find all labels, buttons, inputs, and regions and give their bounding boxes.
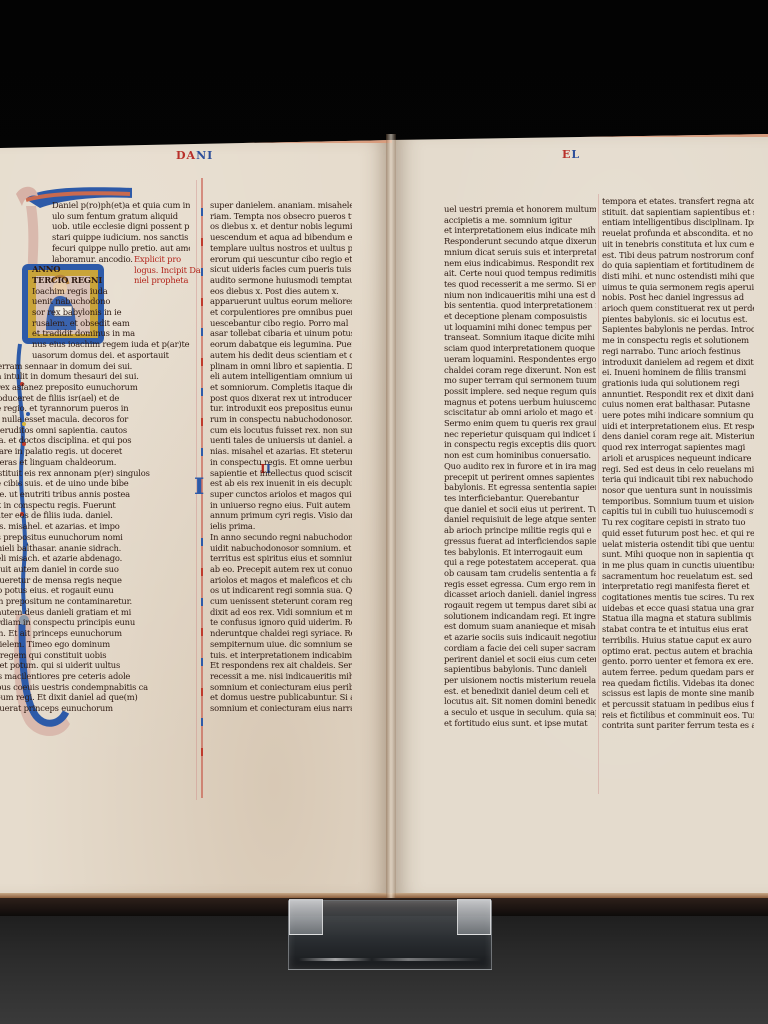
text-line: scentibus coeuis uestris condempnabitis … bbox=[0, 682, 190, 693]
text-line: uenit nabuchodono bbox=[0, 296, 190, 307]
text-line: magnus et potens uerbum huiuscemodi bbox=[444, 397, 596, 408]
text-line: bis sententia. quod interpretationem fal… bbox=[444, 300, 596, 311]
text-line: sempiternum uiue. dic somnium seruis bbox=[210, 639, 352, 650]
text-line: nus eius ioachim regem iuda et p(ar)te bbox=[0, 339, 190, 350]
text-line: chaldei coram rege dixerunt. Non est ho bbox=[444, 365, 596, 376]
text-line: tempora et etates. transfert regna atque… bbox=[602, 196, 754, 207]
acrylic-book-stand bbox=[288, 900, 492, 970]
text-line: constituerat princeps eunuchorum bbox=[0, 703, 190, 714]
text-line: asar tollebat cibaria et uinum potus bbox=[210, 328, 352, 339]
text-line: gento. porro uenter et femora ex ere. ti… bbox=[602, 656, 754, 667]
text-line: teria qui indicauit tibi rex nabuchodo bbox=[602, 474, 754, 485]
text-line: fecuri quippe nullo pretio. aut amore bbox=[0, 243, 190, 254]
text-line: in uniuerso regno eius. Fuit autem danie… bbox=[210, 500, 352, 511]
text-line: territus est spiritus eius et somnium ei… bbox=[210, 553, 352, 564]
text-line: et uasa intulit in domum thesauri dei su… bbox=[0, 371, 190, 382]
text-line: Responderunt secundo atque dixerunt. Rex… bbox=[444, 236, 596, 247]
text-line: tur. introduxit eos prepositus eunucho bbox=[210, 403, 352, 414]
text-line: nobis. Post hec daniel ingressus ad bbox=[602, 292, 754, 303]
text-line: tes interficiebantur. Querebantur bbox=[444, 493, 596, 504]
text-line: nias. misahel et azarias. Et steterunt bbox=[210, 446, 352, 457]
text-line: reuelat profunda et abscondita. et no bbox=[602, 228, 754, 239]
text-line: cum eis locutus fuisset rex. non sunt in bbox=[210, 425, 352, 436]
text-line: nium non indicaueritis mihi una est de u… bbox=[444, 290, 596, 301]
text-line: super danielem. ananiam. misahelem et az… bbox=[210, 200, 352, 211]
text-line: os diebus x. et dentur nobis legumina ad bbox=[210, 221, 352, 232]
text-line: uidebas et ecce quasi statua una grandis… bbox=[602, 603, 754, 614]
text-line: entiam intelligentibus disciplinam. Ipse bbox=[602, 217, 754, 228]
text-line: uenti tales de uniuersis ut daniel. ana bbox=[210, 435, 352, 446]
text-line: quid esset futurum post hec. et qui re bbox=[602, 528, 754, 539]
text-line: qui a rege potestatem acceperat. quam bbox=[444, 557, 596, 568]
text-line: suit eis prepositus eunuchorum nomi bbox=[0, 532, 190, 543]
text-line: scientia. et doctos disciplina. et qui p… bbox=[0, 435, 190, 446]
text-line: super cunctos ariolos et magos qui erant bbox=[210, 489, 352, 500]
text-line: chorum prepositum ne contaminaretur. bbox=[0, 596, 190, 607]
text-line: uescendum et aqua ad bibendum et con bbox=[210, 232, 352, 243]
text-line: do quia sapientiam et fortitudinem de bbox=[602, 260, 754, 271]
text-line: ut introduceret de filiis isr(ael) et de bbox=[0, 393, 190, 404]
text-line: cogitationes mentis tue scires. Tu rex bbox=[602, 592, 754, 603]
text-line: que daniel et socii eius ut perirent. Tu… bbox=[444, 504, 596, 515]
text-line: pientes babylonis. sic ei locutus est. bbox=[602, 314, 754, 325]
text-line: cum uenissent steterunt coram rege. Et bbox=[210, 596, 352, 607]
text-line: sor rex babylonis in ie bbox=[0, 307, 190, 318]
left-column-2: super danielem. ananiam. misahelem et az… bbox=[210, 200, 352, 714]
text-line: uidit nabuchodonosor somnium. et con bbox=[210, 543, 352, 554]
text-line: Quo audito rex in furore et in ira magna bbox=[444, 461, 596, 472]
text-line: put meum regi. Et dixit daniel ad que(m) bbox=[0, 692, 190, 703]
text-line: chorum. Et ait princeps eunuchorum bbox=[0, 628, 190, 639]
text-line: regis esset egressa. Cum ergo rem in bbox=[444, 579, 596, 590]
text-line: transeat. Somnium itaque dicite mihi ut bbox=[444, 332, 596, 343]
text-line: et interpretationem eius indicate mihi. bbox=[444, 225, 596, 236]
text-line: ab arioch principe militie regis qui e bbox=[444, 525, 596, 536]
right-column-2: tempora et etates. transfert regna atque… bbox=[602, 196, 754, 731]
text-line: sunt. Mihi quoque non in sapientia que e… bbox=[602, 549, 754, 560]
text-line: non est cum hominibus conuersatio. bbox=[444, 450, 596, 461]
text-line: bat ipse. ut enutriti tribus annis poste… bbox=[0, 489, 190, 500]
running-head-right: EL bbox=[562, 148, 580, 161]
text-line: ananias. misahel. et azarias. et impo bbox=[0, 521, 190, 532]
text-line: Tu rex cogitare cepisti in strato tuo bbox=[602, 517, 754, 528]
text-line: rusalem. et obsedit eam bbox=[0, 318, 190, 329]
text-line: babylonis. Et egressa sententia sapien bbox=[444, 482, 596, 493]
text-line: eos diebus x. Post dies autem x. bbox=[210, 286, 352, 297]
text-line: dies de cibis suis. et de uino unde bibe bbox=[0, 478, 190, 489]
text-line: erorum qui uescuntur cibo regio et bbox=[210, 254, 352, 265]
text-line: uit in tenebris constituta et lux cum eo bbox=[602, 239, 754, 250]
text-line: mo super terram qui sermonem tuum rex bbox=[444, 375, 596, 386]
text-line: cibum et potum. qui si uiderit uultus bbox=[0, 660, 190, 671]
text-line: et azarie sociis suis indicauit negotium… bbox=[444, 632, 596, 643]
text-line: tes quod recesserit a me sermo. Si ergo … bbox=[444, 279, 596, 290]
text-line: ob causam tam crudelis sententia a facie bbox=[444, 568, 596, 579]
text-line: uimus te quia sermonem regis aperuisti bbox=[602, 282, 754, 293]
text-line: uasorum domus dei. et asportauit bbox=[0, 350, 190, 361]
text-line: uescebantur cibo regio. Porro mal bbox=[210, 318, 352, 329]
text-line: per uisionem noctis misterium reuelatum bbox=[444, 675, 596, 686]
text-line: sent stare in palatio regis. ut doceret bbox=[0, 446, 190, 457]
page-edge bbox=[392, 893, 768, 898]
text-line: terribilis. Huius statue caput ex auro bbox=[602, 635, 754, 646]
text-line: capitis tui in cubili tuo huiuscemodi su… bbox=[602, 506, 754, 517]
text-line: somnium et coniecturam eius narraueritis bbox=[210, 703, 352, 714]
text-line: me in conspectu regis et solutionem bbox=[602, 335, 754, 346]
text-line: Proposuit autem daniel in corde suo bbox=[0, 564, 190, 575]
text-line: stituit. dat sapientiam sapientibus et s… bbox=[602, 207, 754, 218]
text-line: audito sermone huiusmodi temptauit bbox=[210, 275, 352, 286]
ruling-line bbox=[598, 194, 599, 794]
text-line: est. et benedixit daniel deum celi et bbox=[444, 686, 596, 697]
text-line: contrita sunt pariter ferrum testa es ar bbox=[602, 720, 754, 731]
text-line: ma. et eruditos omni sapientia. cautos bbox=[0, 425, 190, 436]
text-line: post quos dixerat rex ut introduceren bbox=[210, 393, 352, 404]
text-line: Et ait rex asfanez preposito eunuchorum bbox=[0, 382, 190, 393]
text-line: grationis iuda qui solutionem regi bbox=[602, 378, 754, 389]
text-line: stari quippe iudicium. nos sanctis mo bbox=[0, 232, 190, 243]
text-line: sericordiam in conspectu principis eunu bbox=[0, 617, 190, 628]
text-line: quod rex interrogat sapientes magi bbox=[602, 442, 754, 453]
text-line: dicasset arioch danieli. daniel ingressu… bbox=[444, 589, 596, 600]
text-line: ueram loquamini. Respondentes ergo bbox=[444, 354, 596, 365]
text-line: Sermo enim quem tu queris rex grauis est bbox=[444, 418, 596, 429]
manuscript-photo: DANI bbox=[0, 0, 768, 1024]
left-page: DANI bbox=[0, 140, 392, 898]
text-line: in conspectu regis. Et omne uerbum bbox=[210, 457, 352, 468]
text-line: tes babylonis. Et interrogauit eum bbox=[444, 547, 596, 558]
text-line: dens daniel coram rege ait. Misterium bbox=[602, 431, 754, 442]
text-line: Statua illa magna et statura sublimis bbox=[602, 613, 754, 624]
rubric-explicit: Explicit pro logus. Incipit Da niel prop… bbox=[134, 254, 204, 286]
text-line: dixit ad eos rex. Vidi somnium et men bbox=[210, 607, 352, 618]
text-line: rum in conspectu nabuchodonosor. Et bbox=[210, 414, 352, 425]
text-line: eos litteras et linguam chaldeorum. bbox=[0, 457, 190, 468]
text-line: temporibus. Somnium tuum et uisiones bbox=[602, 496, 754, 507]
text-line: regi narrabo. Tunc arioch festinus bbox=[602, 346, 754, 357]
text-line: nec reperietur quisquam qui indicet illu… bbox=[444, 429, 596, 440]
text-line: uel uestri premia et honorem multum bbox=[444, 204, 596, 215]
text-line: arioli et aruspices nequeunt indicare bbox=[602, 453, 754, 464]
text-line: uere potes mihi indicare somnium quod bbox=[602, 410, 754, 421]
text-line: solutionem indicandam regi. Et ingressus bbox=[444, 611, 596, 622]
text-line: daniel requisiuit de lege atque sententi… bbox=[444, 514, 596, 525]
stand-glint bbox=[299, 958, 481, 961]
text-line: na. danieli balthasar. ananie sidrach. bbox=[0, 543, 190, 554]
text-line: ut loquamini mihi donec tempus per bbox=[444, 322, 596, 333]
text-line: Daniel p(ro)ph(et)a et quia cum in lxx c… bbox=[0, 200, 190, 211]
text-line: mnium dicat seruis suis et interpretatio bbox=[444, 247, 596, 258]
stand-clip bbox=[457, 899, 491, 935]
text-line: et corpulentiores pre omnibus pueris qui bbox=[210, 307, 352, 318]
text-line: ariolos et magos et maleficos et chalde bbox=[210, 575, 352, 586]
text-line: optimo erat. pectus autem et brachia de … bbox=[602, 646, 754, 657]
text-line: ea in terram sennaar in domum dei sui. bbox=[0, 361, 190, 372]
text-line: ne pollueretur de mensa regis neque bbox=[0, 575, 190, 586]
text-line: in conspectu regis exceptis diis quorum bbox=[444, 439, 596, 450]
page-edge bbox=[0, 140, 392, 143]
text-line: sapientie et intellectus quod sciscitatu… bbox=[210, 468, 352, 479]
text-line: et deceptione plenam composuistis bbox=[444, 311, 596, 322]
text-line: starent in conspectu regis. Fuerunt bbox=[0, 500, 190, 511]
text-line: a seculo et usque in seculum. quia sapie… bbox=[444, 707, 596, 718]
text-line: uestros macilentiores pre ceteris adole bbox=[0, 671, 190, 682]
text-line: et fortitudo eius sunt. et ipse mutat bbox=[444, 718, 596, 729]
text-line: uelat misteria ostendit tibi que uentura bbox=[602, 539, 754, 550]
text-line: tuis. et interpretationem indicabimus. bbox=[210, 650, 352, 661]
text-line: Dedit autem deus danieli gratiam et mi bbox=[0, 607, 190, 618]
text-line: ei. Inueni hominem de filiis transmi bbox=[602, 367, 754, 378]
text-line: apparuerunt uultus eorum meliores bbox=[210, 296, 352, 307]
right-page: EL uel uestri premia et honorem multumac… bbox=[392, 134, 768, 898]
text-line: est. Tibi deus patrum nostrorum confiteo… bbox=[602, 250, 754, 261]
text-line: et percussit statuam in pedibus eius fer bbox=[602, 699, 754, 710]
page-edge bbox=[0, 893, 392, 898]
text-line: Et constituit eis rex annonam p(er) sing… bbox=[0, 468, 190, 479]
text-line: semine regio. et tyrannorum pueros in bbox=[0, 403, 190, 414]
text-line: gressus fuerat ad interficiendos sapien bbox=[444, 536, 596, 547]
text-line: in me plus quam in cunctis uiuentibus bbox=[602, 560, 754, 571]
text-line: et domus uestre publicabuntur. Si autem bbox=[210, 692, 352, 703]
text-line: sciscitatur ab omni ariolo et mago et ch… bbox=[444, 407, 596, 418]
text-line: ielis prima. bbox=[210, 521, 352, 532]
text-line: precepit ut perirent omnes sapientes bbox=[444, 472, 596, 483]
text-line: cuius nomen erat balthasar. Putasne bbox=[602, 399, 754, 410]
text-line: nosor que uentura sunt in nouissimis bbox=[602, 485, 754, 496]
text-line: uob. utile ecclesie digni possent p(re) bbox=[0, 221, 190, 232]
text-line: interpretatio regi manifesta fieret et bbox=[602, 581, 754, 592]
text-line: uidi et interpretationem eius. Et respon bbox=[602, 421, 754, 432]
text-line: ergo inter eos de filiis iuda. daniel. bbox=[0, 510, 190, 521]
text-line: sciam quod interpretationem quoque eius bbox=[444, 343, 596, 354]
text-line: possit implere. sed neque regum quisquam bbox=[444, 386, 596, 397]
text-line: locutus ait. Sit nomen domini benedictum bbox=[444, 696, 596, 707]
text-line: rogauit regem ut tempus daret sibi ad bbox=[444, 600, 596, 611]
text-line: et somniorum. Completis itaque diebus bbox=[210, 382, 352, 393]
page-edge bbox=[392, 134, 768, 137]
text-line: et tradidit dominus in ma bbox=[0, 328, 190, 339]
text-line: riam. Tempta nos obsecro pueros tu bbox=[210, 211, 352, 222]
text-line: arioch quem constituerat rex ut perderet… bbox=[602, 303, 754, 314]
text-line: autem ferree. pedum quedam pars erat fer bbox=[602, 667, 754, 678]
text-line: reis et fictilibus et comminuit eos. Tun… bbox=[602, 710, 754, 721]
text-line: In anno secundo regni nabuchodonosor bbox=[210, 532, 352, 543]
text-line: Ioachim regis iuda bbox=[0, 286, 190, 297]
paragraph-initial-i: I bbox=[194, 474, 204, 500]
text-line: eli autem intelligentiam omnium uisionum bbox=[210, 371, 352, 382]
text-line: regi. Sed est deus in celo reuelans mis bbox=[602, 464, 754, 475]
text-line: autem his dedit deus scientiam et disci bbox=[210, 350, 352, 361]
text-line: est ab eis rex inuenit in eis decuplum bbox=[210, 478, 352, 489]
text-line: introduxit danielem ad regem et dixit bbox=[602, 357, 754, 368]
text-line: te confusus ignoro quid uiderim. Respo bbox=[210, 617, 352, 628]
text-line: perirent daniel et socii eius cum ceteri… bbox=[444, 654, 596, 665]
text-line: nem eius indicabimus. Respondit rex et bbox=[444, 258, 596, 269]
text-line: misaheli misach. et azarie abdenago. bbox=[0, 553, 190, 564]
text-line: annum primum cyri regis. Visio dan bbox=[210, 510, 352, 521]
text-line: meum regem qui constituit uobis bbox=[0, 650, 190, 661]
text-line: Sapientes babylonis ne perdas. Introduc bbox=[602, 324, 754, 335]
text-line: ulo sum fentum gratum aliquid bbox=[0, 211, 190, 222]
text-line: nderuntque chaldei regi syriace. Rex in bbox=[210, 628, 352, 639]
text-line: ab eo. Precepit autem rex ut conuocarent bbox=[210, 564, 352, 575]
text-line: annuntiet. Respondit rex et dixit daniel… bbox=[602, 389, 754, 400]
text-line: rea quedam fictilis. Videbas ita donec a… bbox=[602, 678, 754, 689]
text-line: ad danielem. Timeo ego dominum bbox=[0, 639, 190, 650]
text-line: eorum dabatque eis legumina. Pueris bbox=[210, 339, 352, 350]
text-line: sacramentum hoc reuelatum est. sed ut bbox=[602, 571, 754, 582]
text-line: templare uultus nostros et uultus pu bbox=[210, 243, 352, 254]
text-line: est domum suam ananieque et misaheli bbox=[444, 621, 596, 632]
text-line: stabat contra te et intuitus eius erat bbox=[602, 624, 754, 635]
text-line: somnium et coniecturam eius peribitis bbox=[210, 682, 352, 693]
text-line: Et respondens rex ait chaldeis. Sermo bbox=[210, 660, 352, 671]
book-gutter bbox=[386, 134, 396, 898]
text-line: scissus est lapis de monte sine manibus bbox=[602, 688, 754, 699]
text-line: de uino potus eius. et rogauit eunu bbox=[0, 585, 190, 596]
text-line: plinam in omni libro et sapientia. Dani bbox=[210, 361, 352, 372]
text-line: cordiam a facie dei celi super sacrament… bbox=[444, 643, 596, 654]
text-line: sapientibus babylonis. Tunc danieli bbox=[444, 664, 596, 675]
text-line: quibus nulla esset macula. decoros for bbox=[0, 414, 190, 425]
stand-clip bbox=[289, 899, 323, 935]
text-line: accipietis a me. somnium igitur bbox=[444, 215, 596, 226]
text-line: recessit a me. nisi indicaueritis mihi bbox=[210, 671, 352, 682]
text-line: disti mihi. et nunc ostendisti mihi que … bbox=[602, 271, 754, 282]
text-line: os ut indicarent regi somnia sua. Qui bbox=[210, 585, 352, 596]
text-line: ait. Certe noui quod tempus redimitis sc… bbox=[444, 268, 596, 279]
text-line: sicut uideris facies cum pueris tuis. Qu… bbox=[210, 264, 352, 275]
running-head-left: DANI bbox=[176, 149, 213, 162]
right-column-1: uel uestri premia et honorem multumaccip… bbox=[444, 204, 596, 728]
